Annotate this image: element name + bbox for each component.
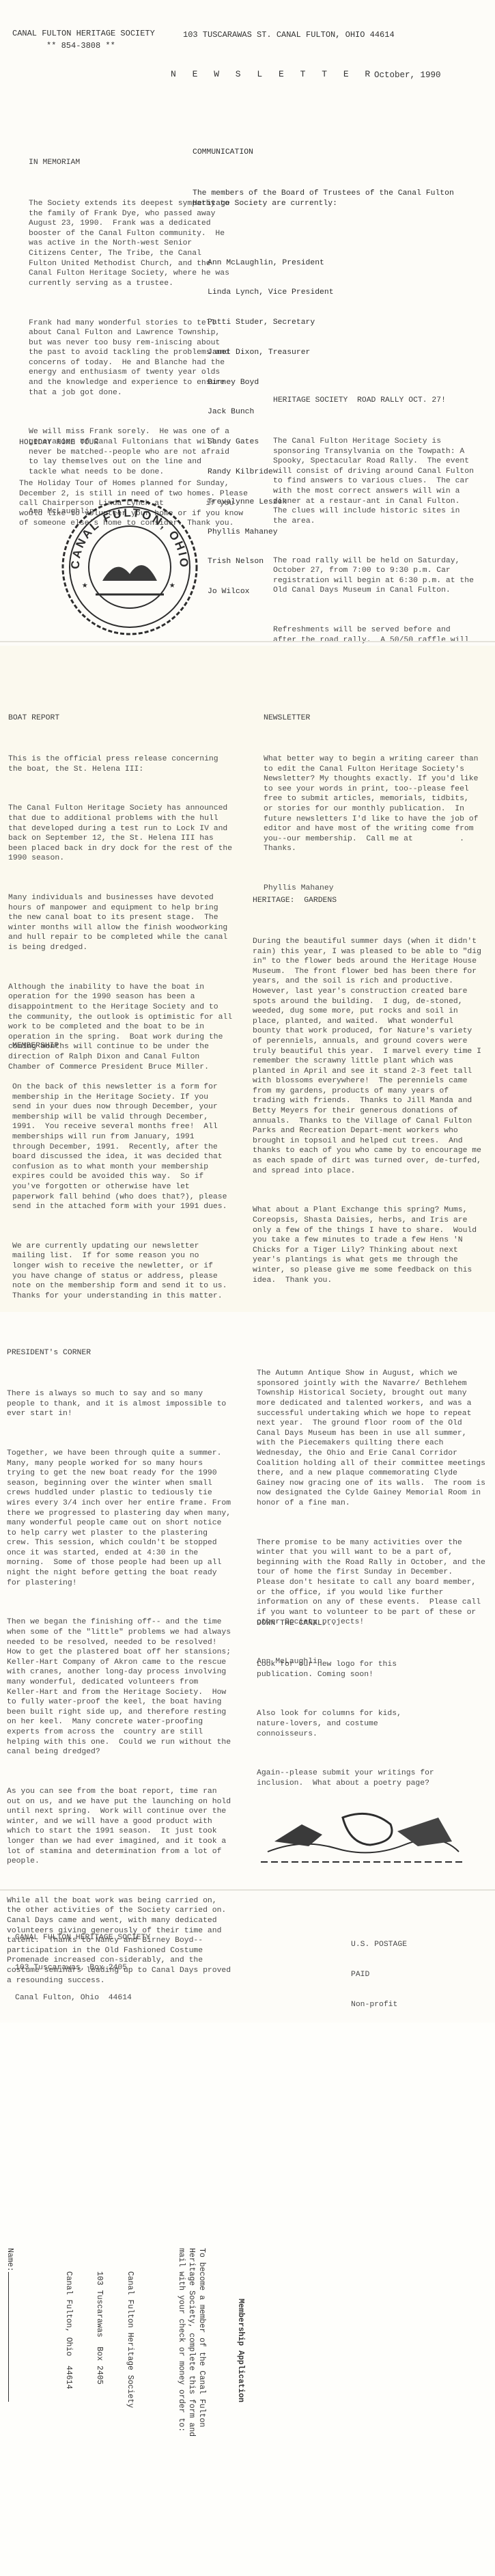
name-label: Name: <box>5 2248 14 2272</box>
page-2: BOAT REPORT This is the official press r… <box>0 646 495 1312</box>
postage-line: U.S. POSTAGE <box>351 1940 487 1950</box>
return-address: CANAL FULTON HERITAGE SOCIETY 103 Tuscar… <box>15 1913 220 2023</box>
communication-heading: COMMUNICATION <box>193 148 479 158</box>
gardens-section: HERITAGE: GARDENS During the beautiful s… <box>253 876 481 1354</box>
newsletter-title: N E W S L E T T E R <box>171 69 376 79</box>
presidents-corner-heading: PRESIDENT's CORNER <box>7 1348 232 1358</box>
svg-text:CANAL FULTON, OHIO: CANAL FULTON, OHIO <box>69 506 191 570</box>
presidents-corner-paragraph: As you can see from the boat report, tim… <box>7 1787 232 1867</box>
canal-fulton-seal-icon: CANAL FULTON, OHIO ★ ★ <box>55 492 205 635</box>
gardens-paragraph: During the beautiful summer days (when i… <box>253 937 481 1176</box>
page-3: PRESIDENT's CORNER There is always so mu… <box>0 1312 495 2023</box>
return-address-line: CANAL FULTON HERITAGE SOCIETY <box>15 1933 220 1943</box>
presidents-corner-paragraph: There is always so much to say and so ma… <box>7 1389 232 1419</box>
form-intro: To become a member of the Canal Fulton H… <box>176 2248 207 2453</box>
page-fold <box>0 641 495 642</box>
trustee-item: Patti Studer, Secretary <box>208 318 479 328</box>
boat-report-paragraph: This is the official press release conce… <box>8 754 234 774</box>
down-the-canal-section: DOWN THE CANAL... Look for our new logo … <box>257 1599 434 1818</box>
boat-report-heading: BOAT REPORT <box>8 713 234 724</box>
down-the-canal-paragraph: Also look for columns for kids, nature-l… <box>257 1709 434 1739</box>
newsletter-paragraph: What better way to begin a writing caree… <box>264 754 482 854</box>
membership-application-rotated: Membership Application To become a membe… <box>0 2248 266 2453</box>
trustee-item: Janet Dixon, Treasurer <box>208 348 479 358</box>
name-field[interactable]: Name: <box>5 2248 16 2453</box>
svg-text:★: ★ <box>82 580 88 591</box>
trustee-item: Linda Lynch, Vice President <box>208 288 479 298</box>
boat-report-paragraph: The Canal Fulton Heritage Society has an… <box>8 804 234 864</box>
membership-paragraph: We are currently updating our newsletter… <box>12 1242 231 1302</box>
road-rally-heading: HERITAGE SOCIETY ROAD RALLY OCT. 27! <box>273 396 478 406</box>
gardens-heading: HERITAGE: GARDENS <box>253 896 481 906</box>
masthead-address: 103 TUSCARAWAS ST. CANAL FULTON, OHIO 44… <box>183 30 395 40</box>
road-rally-paragraph: The road rally will be held on Saturday,… <box>273 556 478 596</box>
road-rally-paragraph: The Canal Fulton Heritage Society is spo… <box>273 437 478 526</box>
return-address-line: Canal Fulton, Ohio 44614 <box>15 1993 220 2003</box>
newsletter-date: October, 1990 <box>374 70 441 80</box>
membership-section: MEMBERSHIP On the back of this newslette… <box>12 1022 231 1331</box>
mail-to-line: Canal Fulton, Ohio 44614 <box>63 2271 74 2453</box>
down-the-canal-paragraph: Look for our new logo for this publicati… <box>257 1660 434 1680</box>
presidents-corner-paragraph: The Autumn Antique Show in August, which… <box>257 1369 485 1508</box>
page-fold <box>0 1889 495 1891</box>
mail-to-line: 103 Tuscarawas Box 2405 <box>94 2271 104 2453</box>
masthead-phone: ** 854-3808 ** <box>46 41 115 51</box>
membership-heading: MEMBERSHIP <box>12 1041 231 1052</box>
down-the-canal-paragraph: Again--please submit your writings for i… <box>257 1768 434 1788</box>
trustee-item: Ann McLaughlin, President <box>208 258 479 269</box>
form-title: Membership Application <box>236 2248 246 2453</box>
masthead-organization: CANAL FULTON HERITAGE SOCIETY <box>12 29 155 38</box>
membership-paragraph: On the back of this newsletter is a form… <box>12 1082 231 1212</box>
down-the-canal-heading: DOWN THE CANAL... <box>257 1619 434 1629</box>
postage-line: Non-profit <box>351 2000 487 2010</box>
mail-to-line: Canal Fulton Heritage Society <box>125 2271 135 2453</box>
presidents-corner-paragraph: Then we began the finishing off-- and th… <box>7 1617 232 1757</box>
communication-intro: The members of the Board of Trustees of … <box>193 189 479 208</box>
form-mail-to: Canal Fulton Heritage Society 103 Tuscar… <box>43 2271 156 2453</box>
gardens-paragraph: What about a Plant Exchange this spring?… <box>253 1205 481 1285</box>
presidents-corner-section: PRESIDENT's CORNER There is always so mu… <box>7 1328 232 2015</box>
boat-report-paragraph: Many individuals and businesses have dev… <box>8 893 234 953</box>
presidents-corner-paragraph: Together, we have been through quite a s… <box>7 1449 232 1588</box>
membership-application-form: Membership Application To become a membe… <box>41 2364 478 2569</box>
page-1: CANAL FULTON HERITAGE SOCIETY ** 854-380… <box>0 0 495 646</box>
svg-text:★: ★ <box>169 580 175 591</box>
postage-line: PAID <box>351 1970 487 1980</box>
newsletter-heading: NEWSLETTER <box>264 713 482 724</box>
return-address-line: 103 Tuscarawas, Box 2405 <box>15 1963 220 1973</box>
canal-boat-illustration-icon <box>261 1804 466 1869</box>
